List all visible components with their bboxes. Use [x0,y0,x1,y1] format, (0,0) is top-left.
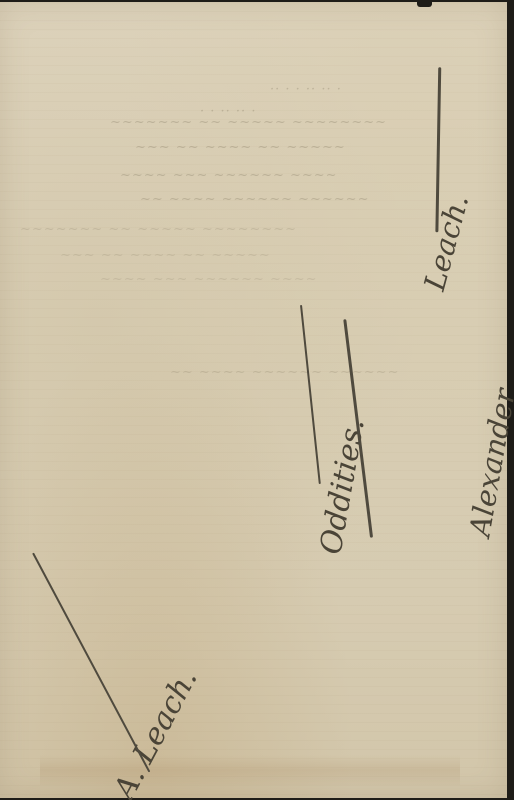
paper-edge-notch [417,0,432,7]
bleed-through-text: ~~~~ ~~~ ~~~~~~ ~~~~ [120,168,338,183]
bleed-through-text: ~~~~~~~ ~~ ~~~~~ ~~~~~~~~ [20,222,297,237]
document-scan: ·· · · ·· ·· · · · ·· ·· · ~~~~~~~ ~~ ~~… [0,0,514,800]
bleed-through-text: ~~~ ~~ ~~~~ ~~ ~~~~~ [60,248,271,263]
bleed-through-text: ~~ ~~~~ ~~~~~~ ~~~~~~ [170,365,399,380]
water-stain [40,755,460,785]
bleed-through-text: ~~~~ ~~~ ~~~~~~ ~~~~ [100,272,318,287]
bleed-through-text: ~~~~~~~ ~~ ~~~~~ ~~~~~~~~ [110,115,387,130]
bleed-through-text: ~~~ ~~ ~~~~ ~~ ~~~~~ [135,140,346,155]
bleed-through-text: ·· · · ·· ·· · [270,82,342,97]
bleed-through-text: ~~ ~~~~ ~~~~~~ ~~~~~~ [140,192,369,207]
